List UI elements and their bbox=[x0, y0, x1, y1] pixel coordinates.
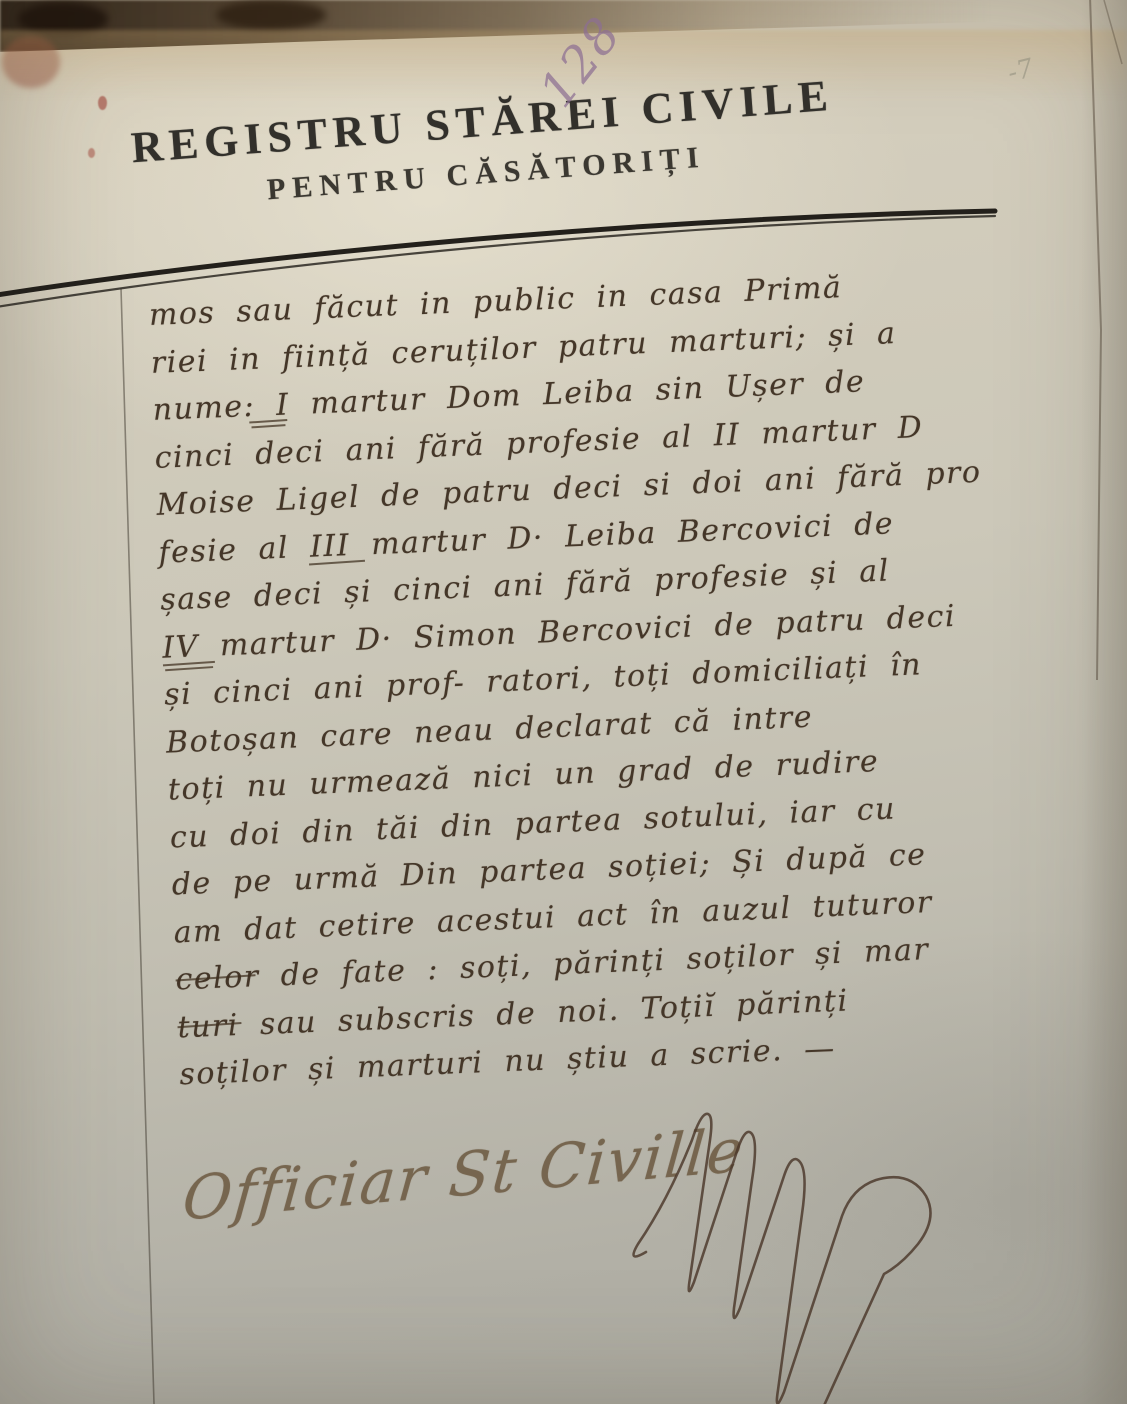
margin-rule-line bbox=[121, 288, 154, 1404]
red-speck bbox=[88, 148, 95, 158]
registry-page-photo: REGISTRU STĂREI CIVILE PENTRU CĂSĂTORIȚI… bbox=[0, 0, 1127, 1404]
binding-stain bbox=[216, 0, 326, 30]
handwritten-act-text: mos sau făcut in public in casa Primă ri… bbox=[148, 254, 1120, 1099]
officiant-signature-text: Officiar St Civille bbox=[180, 1115, 748, 1235]
